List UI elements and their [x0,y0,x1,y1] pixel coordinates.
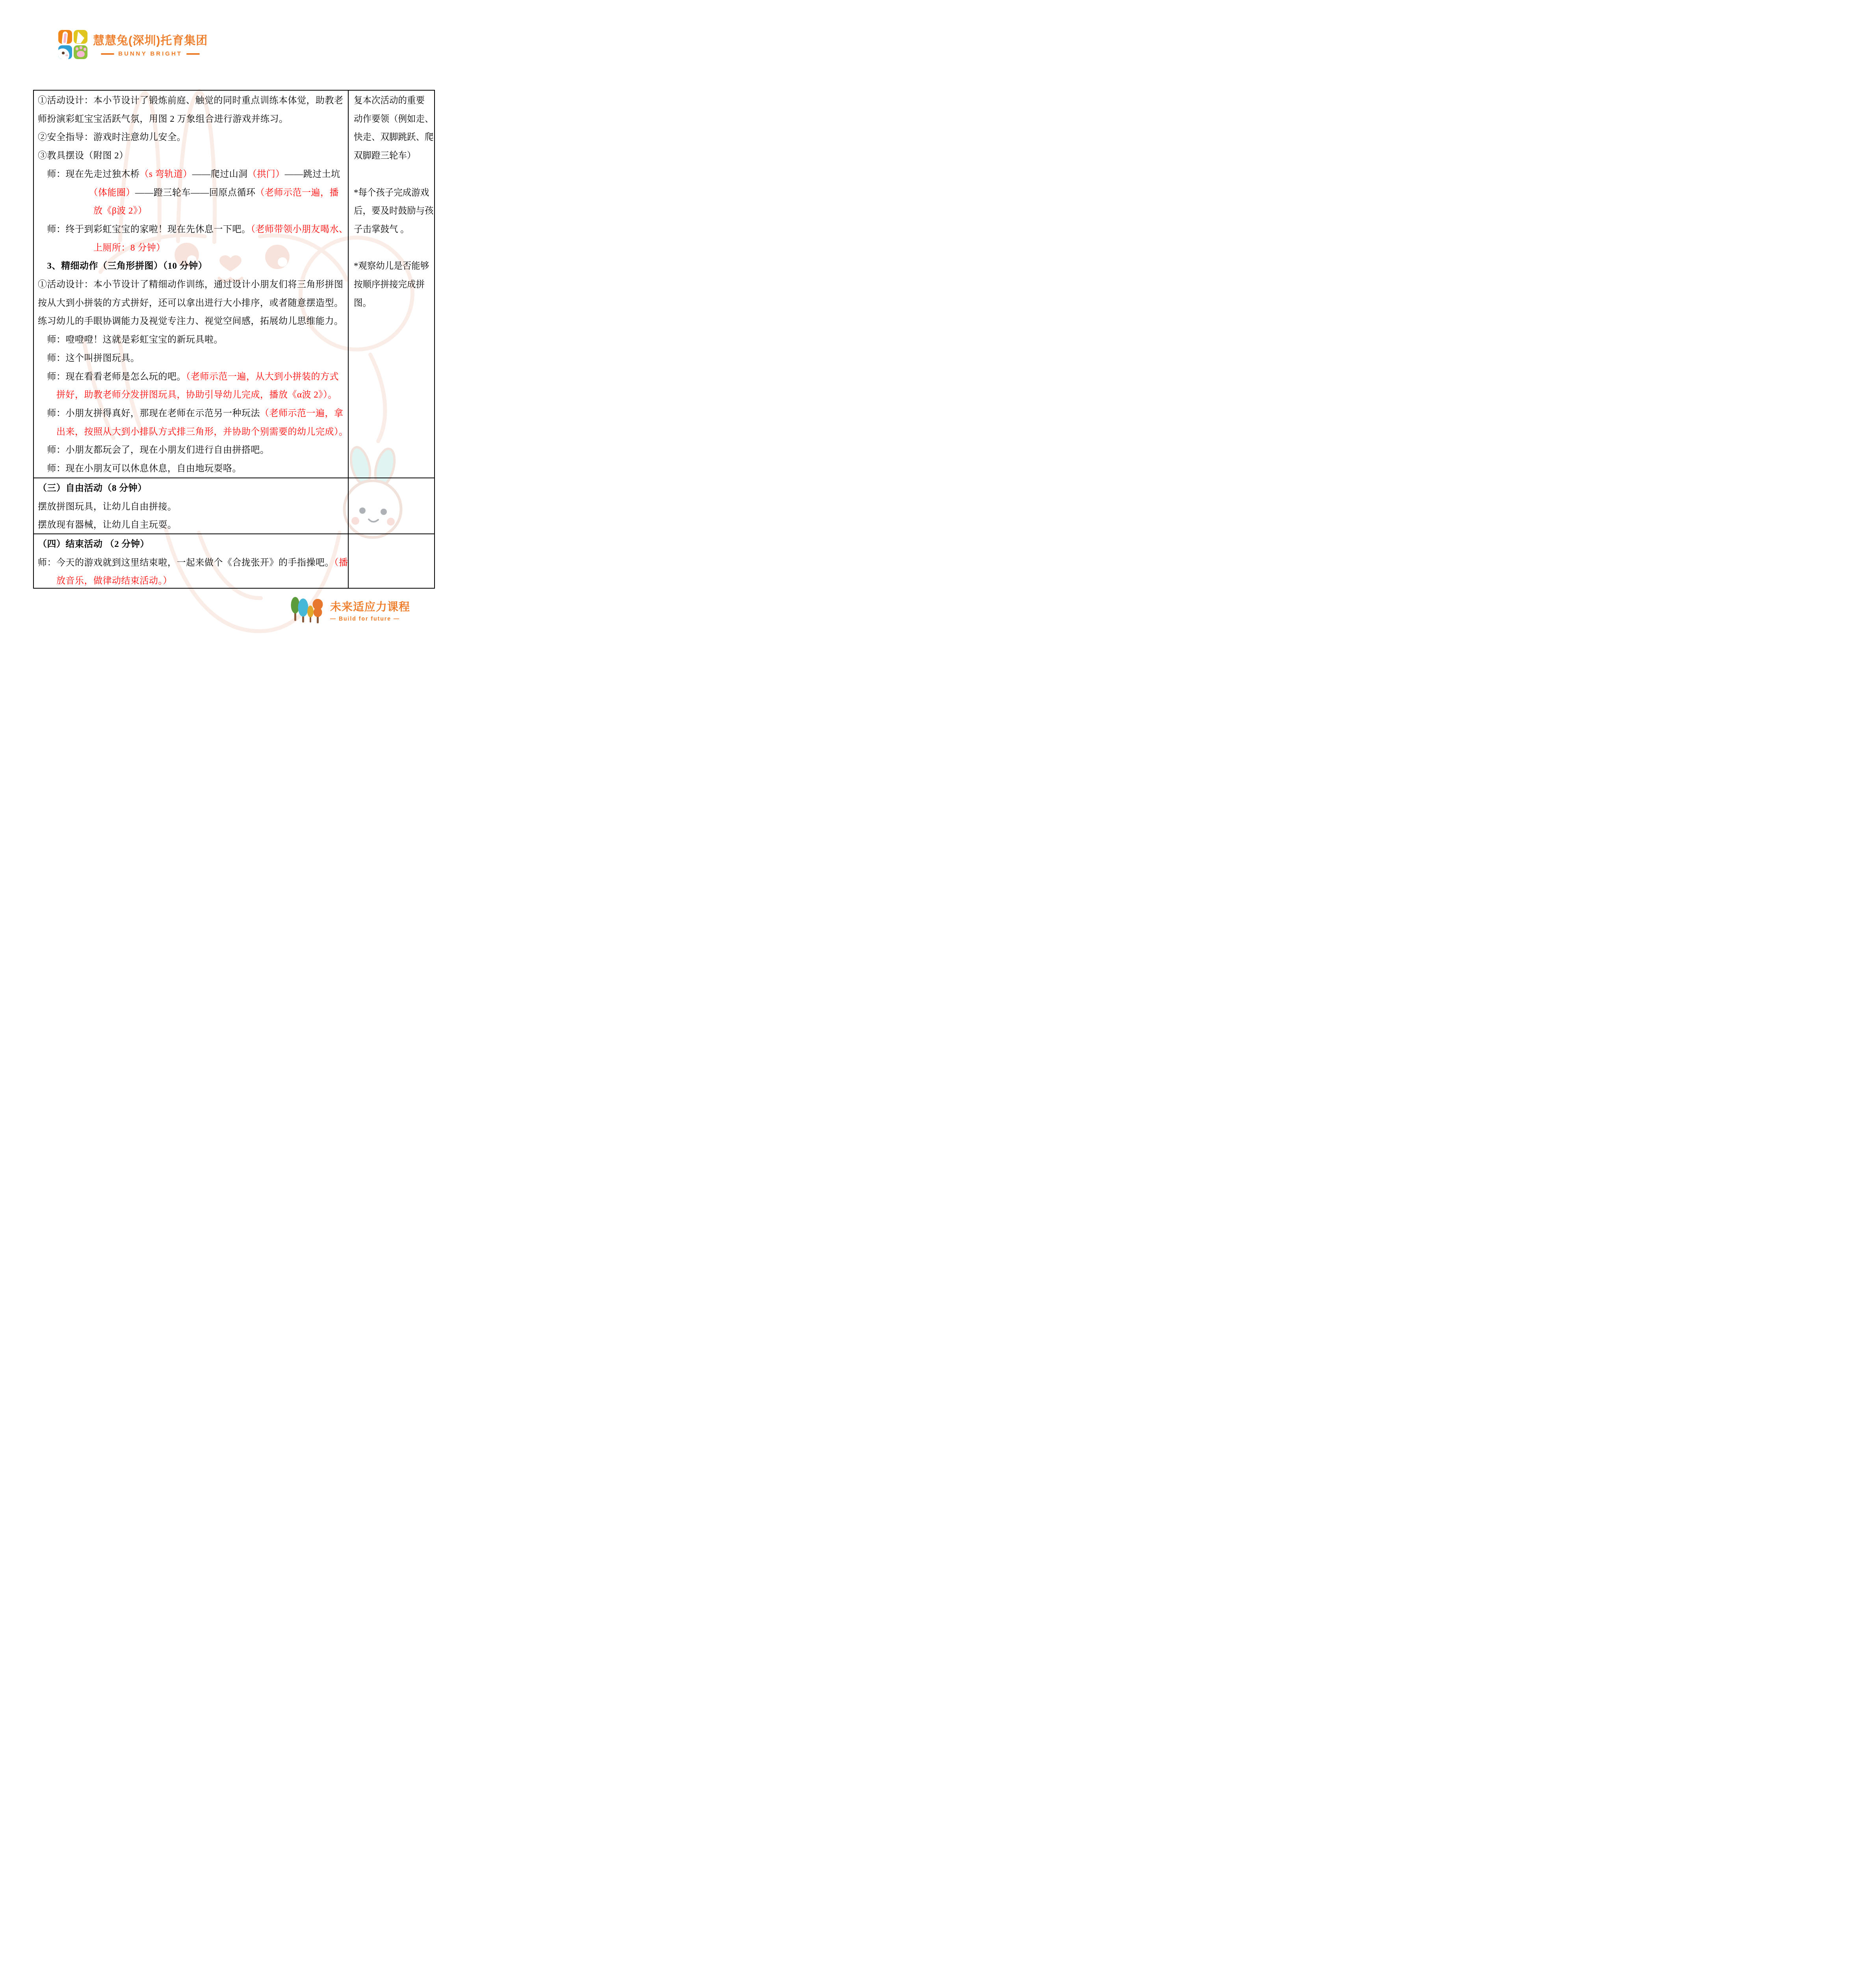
text-line: 出来，按照从大到小排队方式排三角形，并协助个别需要的幼儿完成）。 [38,423,345,441]
text-line: 师：终于到彩虹宝宝的家啦！现在先休息一下吧。（老师带领小朋友喝水、 [38,220,345,239]
text-line [354,239,433,257]
text-line: 师扮演彩虹宝宝活跃气氛，用图 2 万象组合进行游戏并练习。 [38,110,345,128]
text-line: 师：小朋友拼得真好，那现在老师在示范另一种玩法（老师示范一遍，拿 [38,404,345,423]
text-line: 按顺序拼接完成拼 [354,275,433,294]
text-line: *每个孩子完成游戏 [354,184,433,202]
lesson-plan-page: 慧慧兔(深圳)托育集团 BUNNY BRIGHT ①活动设计：本小节设计了锻炼前… [0,0,469,663]
text-segment: 动作要领（例如走、 [354,114,434,124]
text-segment: *观察幼儿是否能够 [354,261,429,271]
text-segment: ③教具摆设（附图 2） [38,151,128,160]
brand-subtitle-row: BUNNY BRIGHT [101,50,200,57]
text-segment: 上厕所：8 分钟） [93,243,165,253]
text-line: *观察幼儿是否能够 [354,257,433,275]
text-segment: （播 [334,558,348,567]
text-line: 师：现在看看老师是怎么玩的吧。（老师示范一遍，从大到小拼装的方式 [38,368,345,386]
text-line: 子击掌鼓气 。 [354,220,433,239]
text-line: ①活动设计：本小节设计了精细动作训练，通过设计小朋友们将三角形拼图 [38,275,345,294]
text-line: 摆放拼图玩具，让幼儿自由拼接。 [38,498,345,516]
text-segment [38,576,56,585]
text-line: 后，要及时鼓励与孩 [354,202,433,220]
text-segment: 出来，按照从大到小排队方式排三角形，并协助个别需要的幼儿完成）。 [56,427,348,437]
notes-cell: 复本次活动的重要动作要领（例如走、快走、双脚跳跃、爬、双脚蹬三轮车） *每个孩子… [349,91,434,478]
text-line: 师：现在小朋友可以休息休息，自由地玩耍咯。 [38,459,345,478]
text-segment: 按从大到小拼装的方式拼好，还可以拿出进行大小排序，或者随意摆造型。 [38,298,344,308]
text-segment: 师：终于到彩虹宝宝的家啦！现在先休息一下吧。 [38,224,251,234]
footer-text-block: 未来适应力课程 — Build for future — [330,598,410,622]
text-segment: 复本次活动的重要 [354,95,425,105]
text-line: 师：噔噔噔！这就是彩虹宝宝的新玩具啦。 [38,331,345,349]
text-segment: 师：现在看看老师是怎么玩的吧。 [38,372,186,381]
text-line: 上厕所：8 分钟） [38,239,345,257]
text-segment: 练习幼儿的手眼协调能力及视觉专注力、视觉空间感，拓展幼儿思维能力。 [38,316,344,326]
text-segment: 师：这个叫拼图玩具。 [38,353,140,363]
text-segment: 快走、双脚跳跃、爬、 [354,132,434,142]
text-line: 双脚蹬三轮车） [354,147,433,165]
closing-activity-cell: （四）结束活动 （2 分钟）师：今天的游戏就到这里结束啦，一起来做个《合拢张开》… [34,534,348,589]
paw-pad-shape [77,51,85,57]
text-segment: （老师示范一遍，拿 [260,408,344,418]
bunny-ear-tile-icon [58,30,72,44]
text-line: 练习幼儿的手眼协调能力及视觉专注力、视觉空间感，拓展幼儿思维能力。 [38,312,345,331]
footer-logo: 未来适应力课程 — Build for future — [290,596,410,624]
text-line: 放音乐，做律动结束活动。） [38,572,345,589]
text-segment: ①活动设计：本小节设计了精细动作训练，通过设计小朋友们将三角形拼图 [38,279,344,289]
text-segment: 师：现在小朋友可以休息休息，自由地玩耍咯。 [38,463,241,473]
brand-title-cn: 慧慧兔(深圳)托育集团 [93,32,208,48]
text-segment: 拼好，助教老师分发拼图玩具，协助引导幼儿完成，播放《α波 2》）。 [56,390,337,400]
bunny-face-tile-icon [58,45,72,59]
text-segment: 子击掌鼓气 。 [354,224,409,234]
text-segment: （s 弯轨道） [140,169,192,179]
text-line: 动作要领（例如走、 [354,110,433,128]
text-segment [38,206,93,216]
text-segment: 放《β波 2》） [93,206,147,216]
footer-title-cn: 未来适应力课程 [330,598,410,614]
text-segment: ——跳过土坑 [285,169,340,179]
text-line: 快走、双脚跳跃、爬、 [354,128,433,147]
notes-cell-empty [349,478,434,533]
paw-toe-shape [80,46,82,49]
text-segment: ——爬过山洞 [192,169,248,179]
text-segment: （三）自由活动（8 分钟） [38,483,147,493]
text-segment: 摆放现有器械，让幼儿自主玩耍。 [38,520,177,530]
text-line [354,165,433,184]
text-line: 放《β波 2》） [38,202,345,220]
text-line: （体能圈）——蹬三轮车——回原点循环（老师示范一遍，播 [38,184,345,202]
folded-ear-shape [76,32,84,43]
text-line: 摆放现有器械，让幼儿自主玩耍。 [38,516,345,533]
text-segment: 师：小朋友拼得真好，那现在老师在示范另一种玩法 [38,408,260,418]
lesson-plan-table: ①活动设计：本小节设计了锻炼前庭、触觉的同时重点训练本体觉，助教老师扮演彩虹宝宝… [33,90,435,589]
text-segment [38,390,56,400]
text-line: 复本次活动的重要 [354,91,433,110]
text-segment: ①活动设计：本小节设计了锻炼前庭、触觉的同时重点训练本体觉，助教老 [38,95,344,105]
notes-cell-empty [349,534,434,589]
text-segment: （体能圈） [93,188,135,197]
text-line: 按从大到小拼装的方式拼好，还可以拿出进行大小排序，或者随意摆造型。 [38,294,345,312]
paw-toe-shape [84,48,86,51]
brand-title-en: BUNNY BRIGHT [118,50,182,57]
text-line: 师：这个叫拼图玩具。 [38,349,345,368]
brand-text-block: 慧慧兔(深圳)托育集团 BUNNY BRIGHT [93,32,208,57]
paw-toe-shape [76,47,78,50]
dash-decoration [186,53,200,55]
text-line: ②安全指导：游戏时注意幼儿安全。 [38,128,345,147]
text-segment: 师：现在先走过独木桥 [38,169,140,179]
text-line: ③教具摆设（附图 2） [38,147,345,165]
text-segment: （老师带领小朋友喝水、 [251,224,348,234]
text-segment [38,427,56,437]
text-segment: 师扮演彩虹宝宝活跃气氛，用图 2 万象组合进行游戏并练习。 [38,114,288,124]
text-segment: 3、精细动作（三角形拼图）（10 分钟） [38,261,207,271]
text-segment: 图。 [354,298,371,308]
text-line: （四）结束活动 （2 分钟） [38,535,345,554]
text-segment [38,243,93,253]
text-segment: 师：今天的游戏就到这里结束啦，一起来做个《合拢张开》的手指操吧。 [38,558,334,567]
text-segment: （拱门） [248,169,285,179]
text-segment: （老师示范一遍，播 [256,188,339,197]
text-segment: *每个孩子完成游戏 [354,188,429,197]
main-activity-cell: ①活动设计：本小节设计了锻炼前庭、触觉的同时重点训练本体觉，助教老师扮演彩虹宝宝… [34,91,348,478]
eye-shape [62,52,65,54]
text-line: ①活动设计：本小节设计了锻炼前庭、触觉的同时重点训练本体觉，助教老 [38,91,345,110]
header-logo: 慧慧兔(深圳)托育集团 BUNNY BRIGHT [58,30,208,59]
text-segment: 后，要及时鼓励与孩 [354,206,434,216]
text-segment: ②安全指导：游戏时注意幼儿安全。 [38,132,186,142]
text-line: （三）自由活动（8 分钟） [38,479,345,498]
free-activity-cell: （三）自由活动（8 分钟）摆放拼图玩具，让幼儿自由拼接。摆放现有器械，让幼儿自主… [34,478,348,533]
bunny-bright-logo-icon [58,30,87,59]
trees-icon [290,596,326,624]
text-segment: 双脚蹬三轮车） [354,151,416,160]
text-segment [38,188,93,197]
footer-title-en: — Build for future — [330,615,410,622]
text-segment: （四）结束活动 （2 分钟） [38,539,149,549]
text-segment: 师：噔噔噔！这就是彩虹宝宝的新玩具啦。 [38,335,223,344]
text-line: 师：现在先走过独木桥（s 弯轨道）——爬过山洞（拱门）——跳过土坑 [38,165,345,184]
text-segment: （老师示范一遍，从大到小拼装的方式 [186,372,339,381]
text-line: 师：小朋友都玩会了，现在小朋友们进行自由拼搭吧。 [38,441,345,459]
text-line: 拼好，助教老师分发拼图玩具，协助引导幼儿完成，播放《α波 2》）。 [38,386,345,404]
text-segment: 放音乐，做律动结束活动。） [56,576,172,585]
blush-shape [65,54,68,56]
text-segment: 按顺序拼接完成拼 [354,279,425,289]
text-line: 师：今天的游戏就到这里结束啦，一起来做个《合拢张开》的手指操吧。（播 [38,554,345,572]
text-segment: 摆放拼图玩具，让幼儿自由拼接。 [38,502,177,511]
text-segment: 师：小朋友都玩会了，现在小朋友们进行自由拼搭吧。 [38,445,269,455]
paw-tile-icon [74,45,87,59]
text-segment: ——蹬三轮车——回原点循环 [135,188,256,197]
folded-ear-tile-icon [74,30,87,44]
text-line: 3、精细动作（三角形拼图）（10 分钟） [38,257,345,275]
dash-decoration [101,53,114,55]
text-line: 图。 [354,294,433,312]
